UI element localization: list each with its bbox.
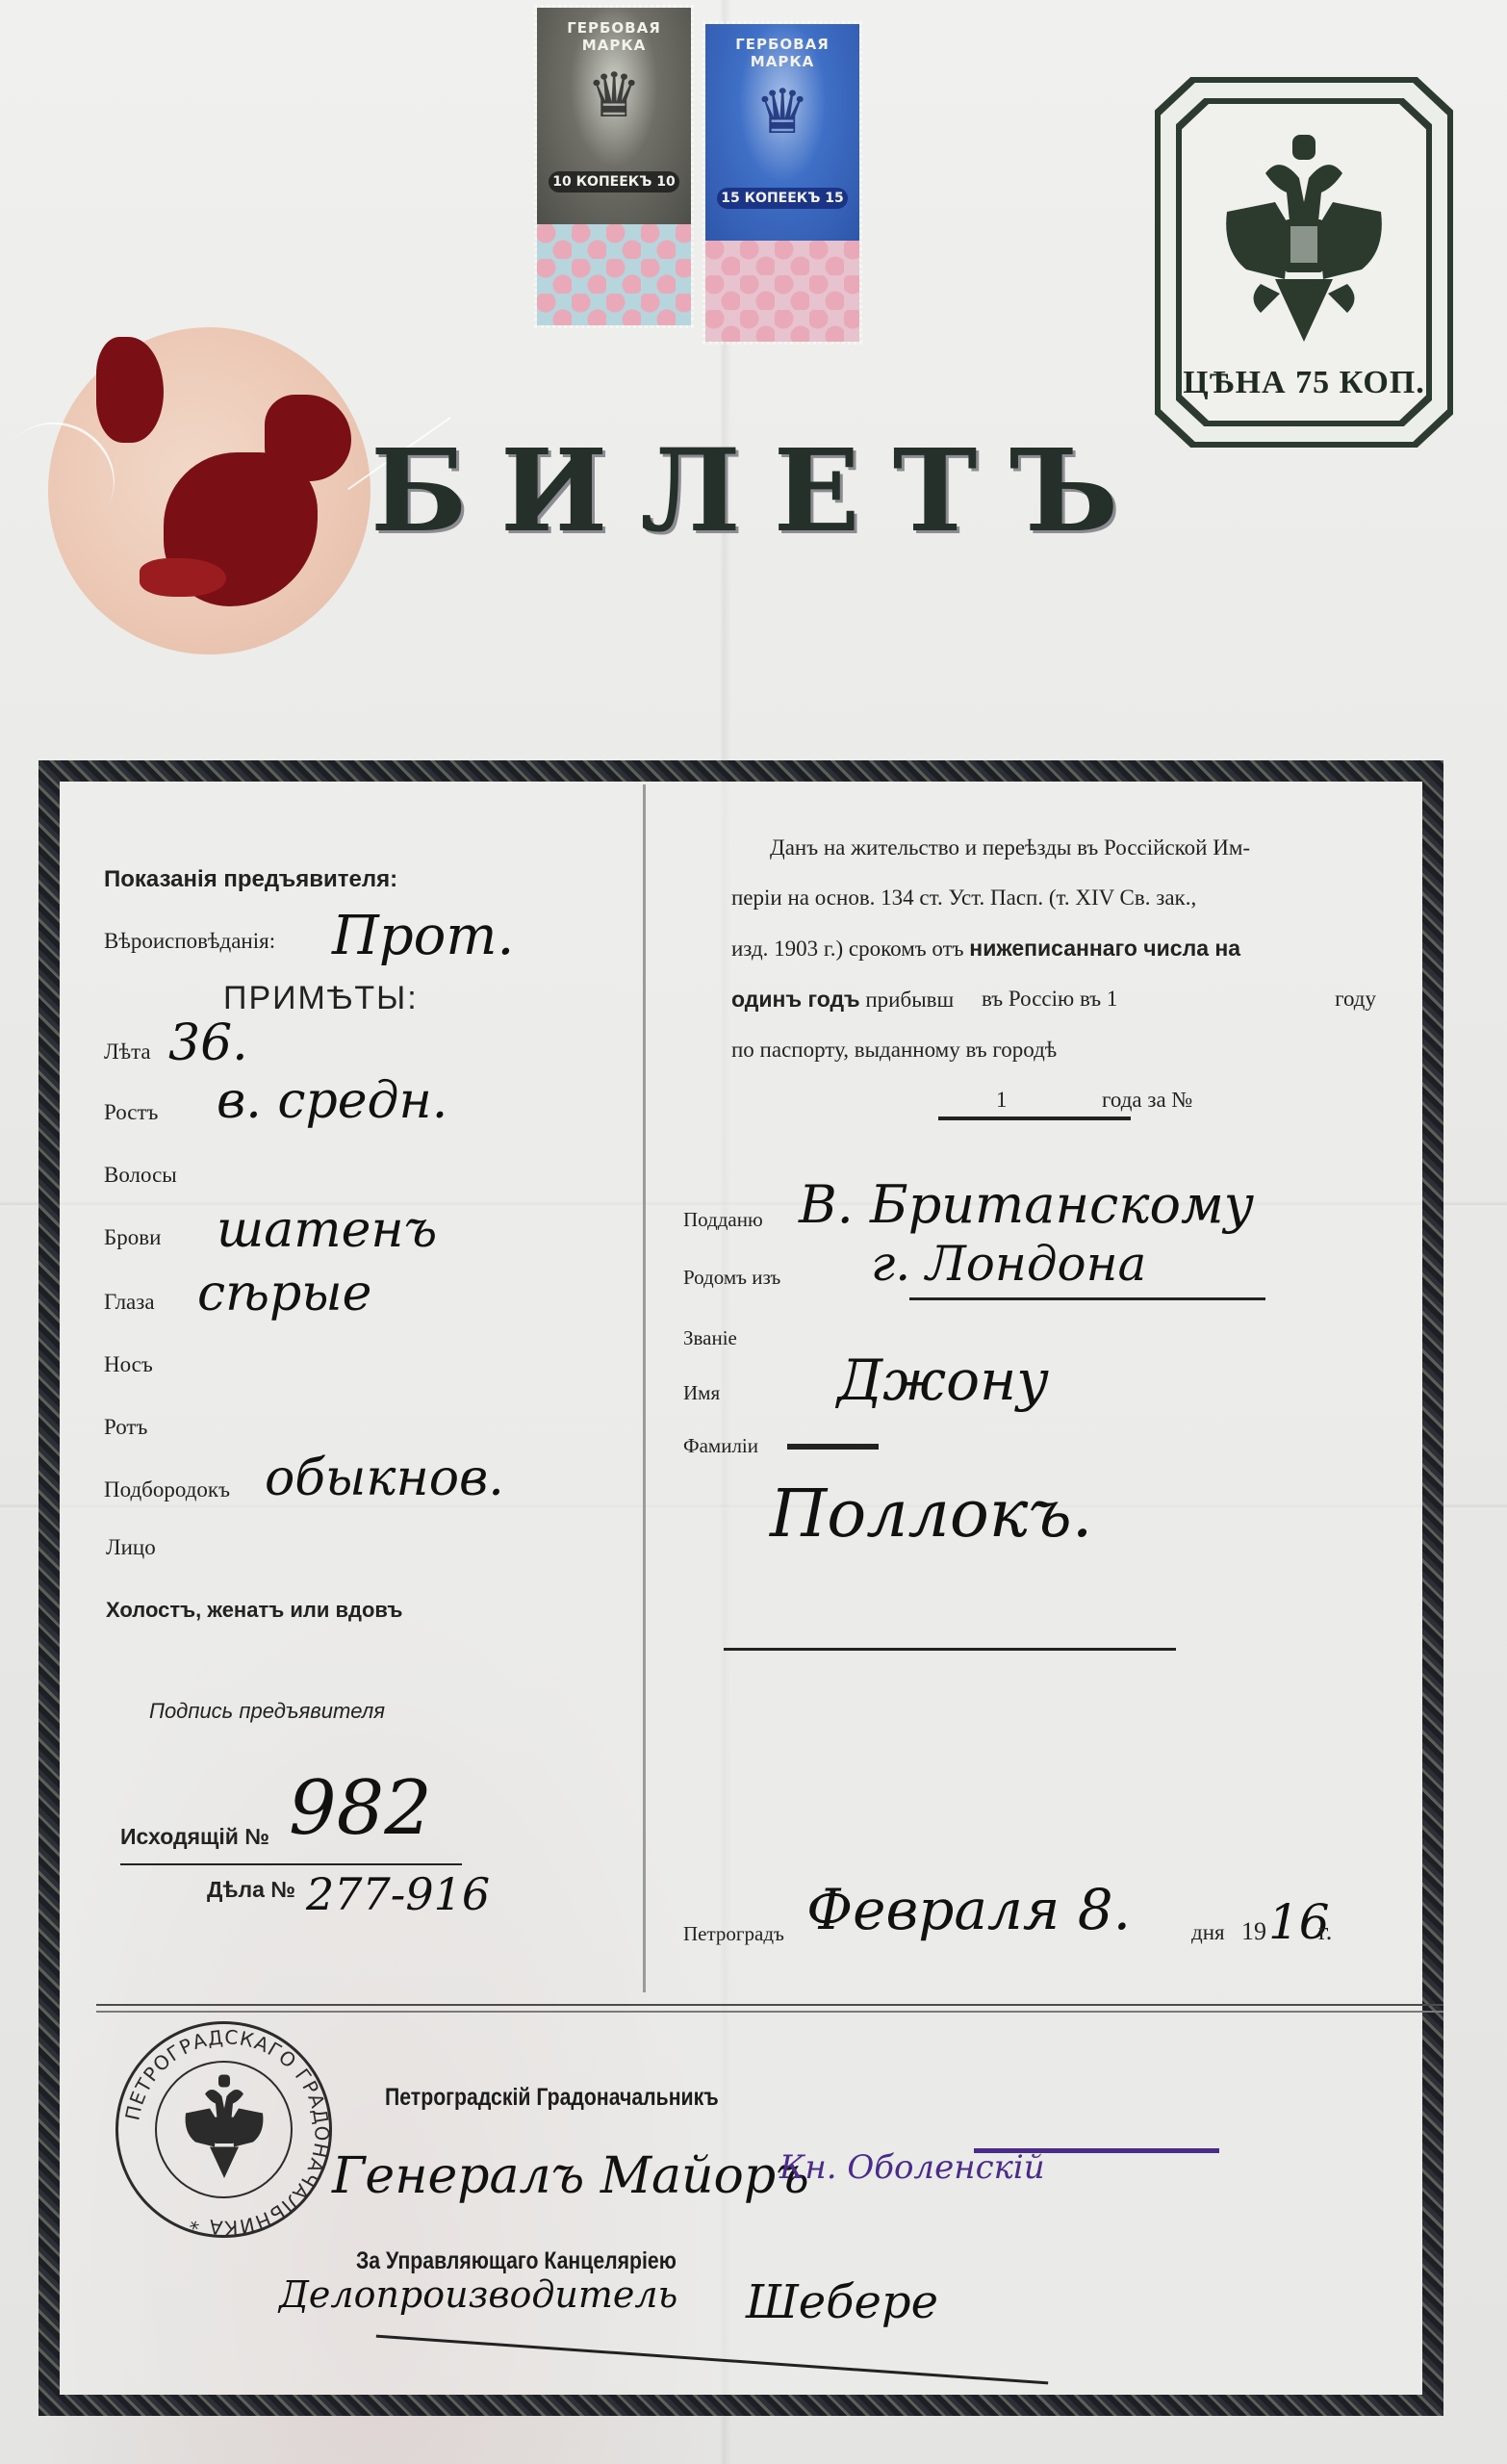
- field-value-first-name: Джону: [837, 1352, 1049, 1408]
- official-title: Петроградскій Градоначальникъ: [385, 2084, 719, 2112]
- field-value-eyes: сѣрые: [197, 1269, 371, 1319]
- underline: [909, 1297, 1265, 1300]
- field-value-eyebrows: шатенъ: [217, 1205, 437, 1255]
- stamp-header: ГЕРБОВАЯ МАРКА: [723, 36, 842, 70]
- case-number-label: Дѣла №: [207, 1877, 295, 1903]
- place-label: Петроградъ: [683, 1922, 784, 1946]
- permit-line: Данъ на жительство и переѣзды въ Россійс…: [731, 823, 1376, 873]
- clerk-signature: Шебере: [746, 2279, 938, 2325]
- outgoing-number-value: 982: [289, 1771, 432, 1846]
- handwritten-stroke: [787, 1444, 879, 1450]
- stamp-pattern: [537, 224, 691, 325]
- revenue-stamp-15-kopeks: ГЕРБОВАЯ МАРКА ♛ 15 КОПЕЕКЪ 15: [702, 21, 862, 345]
- field-label-mouth: Ротъ: [104, 1415, 147, 1440]
- case-number-value: 277-916: [306, 1872, 490, 1916]
- features-heading: ПРИМѢТЫ:: [223, 980, 419, 1017]
- outgoing-number-label: Исходящій №: [120, 1824, 269, 1850]
- handwritten-stroke: [938, 1116, 1131, 1120]
- field-label-eyebrows: Брови: [104, 1225, 161, 1250]
- year-suffix: г.: [1318, 1917, 1332, 1946]
- field-label-subject: Подданю: [683, 1208, 763, 1232]
- number-divider: [120, 1863, 462, 1865]
- bearer-signature-label: Подпись предъявителя: [149, 1699, 385, 1724]
- field-label-age: Лѣта: [104, 1039, 151, 1065]
- permit-line: по паспорту, выданному въ городѣ: [731, 1025, 1376, 1075]
- year-prefix: 19: [1241, 1917, 1266, 1946]
- stamp-value: 15 КОПЕЕКЪ 15: [717, 188, 848, 209]
- stamp-header: ГЕРБОВАЯ МАРКА: [554, 19, 674, 54]
- stamp-pattern: [705, 241, 859, 342]
- religion-label: Вѣроисповѣданія:: [104, 929, 275, 954]
- field-label-chin: Подбородокъ: [104, 1477, 230, 1502]
- field-label-rank: Званіе: [683, 1326, 737, 1350]
- double-headed-eagle-icon: [176, 2072, 272, 2188]
- governor-signature: Кн. Оболенскій: [779, 2148, 1045, 2187]
- field-label-surname: Фамиліи: [683, 1434, 758, 1458]
- price-emblem-box: ЦѢНА 75 КОП.: [1155, 77, 1453, 448]
- column-divider: [643, 784, 646, 1992]
- marital-status-label: Холостъ, женатъ или вдовъ: [106, 1598, 402, 1623]
- field-value-surname: Поллокъ.: [770, 1482, 1092, 1548]
- document-title: БИЛЕТЪ: [370, 423, 1025, 557]
- section-divider: [96, 2004, 1443, 2013]
- crown-icon: ♛: [754, 82, 809, 143]
- field-value-origin: г. Лондона: [871, 1240, 1146, 1288]
- date-value: Февраля 8.: [806, 1882, 1131, 1938]
- price-label: ЦѢНА 75 КОП.: [1155, 365, 1453, 401]
- permit-line: періи на основ. 134 ст. Уст. Пасп. (т. X…: [731, 873, 1376, 923]
- field-value-age: 36.: [168, 1018, 248, 1068]
- petrograd-governor-seal: ПЕТРОГРАДСКАГО ГРАДОНАЧАЛЬНИКА *: [115, 2021, 332, 2238]
- official-rank: Генералъ Майоръ: [332, 2151, 809, 2201]
- crown-icon: ♛: [586, 65, 641, 127]
- field-value-chin: обыкнов.: [265, 1453, 504, 1503]
- religion-value: Прот.: [332, 910, 514, 963]
- field-label-height: Ростъ: [104, 1100, 158, 1125]
- double-headed-eagle-icon: [1208, 135, 1400, 356]
- field-value-subject: В. Британскому: [799, 1179, 1254, 1231]
- field-label-origin: Родомъ изъ: [683, 1266, 780, 1290]
- field-label-nose: Носъ: [104, 1352, 153, 1377]
- permit-line: изд. 1903 г.) срокомъ отъ нижеписаннаго …: [731, 923, 1376, 974]
- field-label-first-name: Имя: [683, 1381, 720, 1405]
- underline: [724, 1648, 1176, 1651]
- field-label-eyes: Глаза: [104, 1290, 155, 1315]
- clerk-title: Делопроизводитель: [279, 2276, 677, 2313]
- stamp-value: 10 КОПЕЕКЪ 10: [549, 171, 679, 192]
- field-label-face: Лицо: [106, 1535, 156, 1560]
- field-value-height: в. средн.: [217, 1076, 447, 1126]
- permit-text: Данъ на жительство и переѣзды въ Россійс…: [731, 823, 1376, 1125]
- field-label-hair: Волосы: [104, 1163, 177, 1188]
- day-label: дня: [1191, 1920, 1225, 1945]
- revenue-stamp-10-kopeks: ГЕРБОВАЯ МАРКА ♛ 10 КОПЕЕКЪ 10: [534, 5, 694, 328]
- bearer-statements-heading: Показанія предъявителя:: [104, 866, 397, 893]
- deputy-label: За Управляющаго Канцеляріею: [356, 2247, 677, 2275]
- signature-stroke: [974, 2148, 1219, 2153]
- permit-line: одинъ годъ прибывш въ Россію въ 1 году: [731, 974, 1376, 1025]
